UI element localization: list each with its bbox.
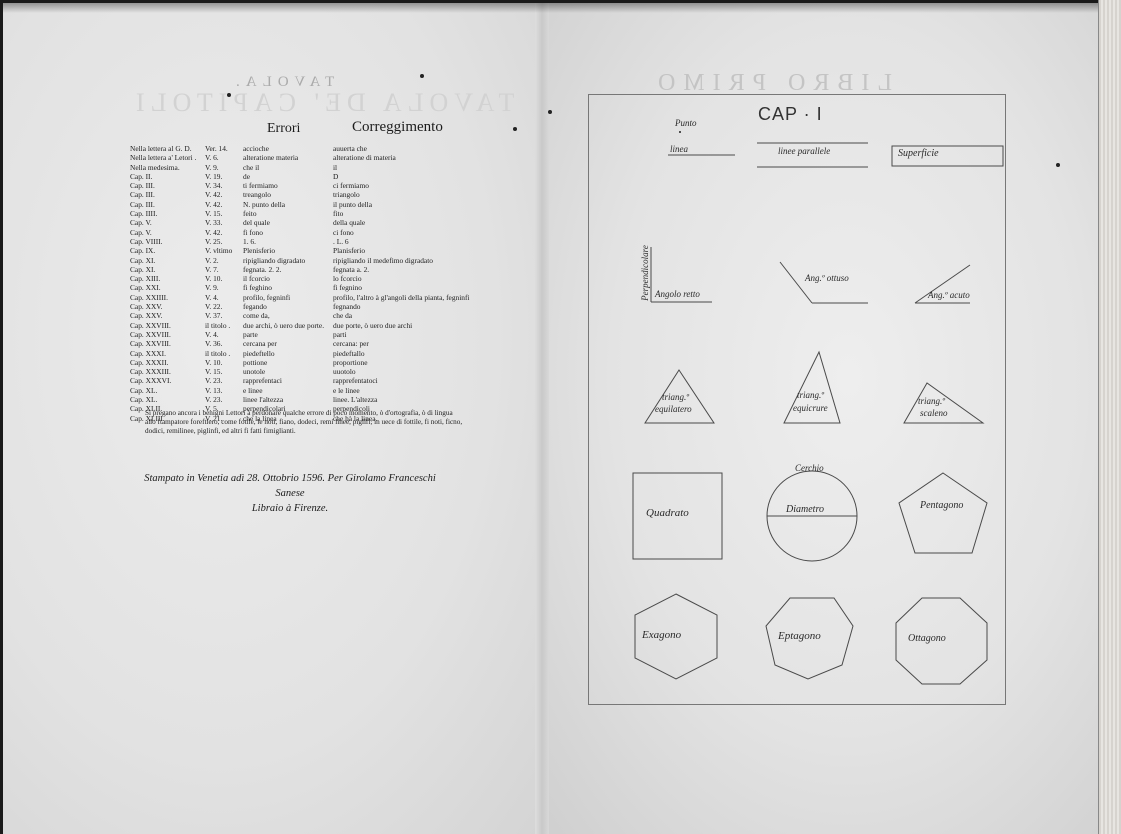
label-angolo-retto: Angolo retto [655, 289, 700, 299]
label-perpendicolare: Perpendicolare [640, 245, 650, 301]
label-angolo-ottuso: Ang.º ottuso [805, 273, 849, 283]
label-triangolo-scaleno-2: scaleno [920, 408, 948, 418]
label-linea: linea [670, 144, 688, 154]
geometry-figures [0, 0, 1121, 834]
plate-title: CAP · I [758, 104, 823, 125]
label-triangolo-equilatero-1: triang.º [662, 392, 689, 402]
label-triangolo-scaleno-1: triang.º [918, 396, 945, 406]
label-quadrato: Quadrato [646, 507, 689, 519]
label-esagono: Exagono [642, 629, 681, 641]
label-superficie: Superficie [898, 148, 939, 159]
point-figure [679, 131, 681, 133]
pentagon [899, 473, 987, 553]
label-diametro: Diametro [786, 504, 824, 515]
label-punto: Punto [675, 118, 697, 128]
label-ettagono: Eptagono [778, 630, 821, 642]
label-triangolo-equicrure-1: triang.º [797, 390, 824, 400]
label-triangolo-equilatero-2: equilatero [655, 404, 692, 414]
label-angolo-acuto: Ang.º acuto [928, 290, 970, 300]
label-pentagono: Pentagono [920, 500, 963, 511]
label-linee-parallele: linee parallele [778, 146, 830, 156]
label-ottagono: Ottagono [908, 633, 946, 644]
label-triangolo-equicrure-2: equicrure [793, 403, 828, 413]
label-cerchio: Cerchio [795, 463, 824, 473]
